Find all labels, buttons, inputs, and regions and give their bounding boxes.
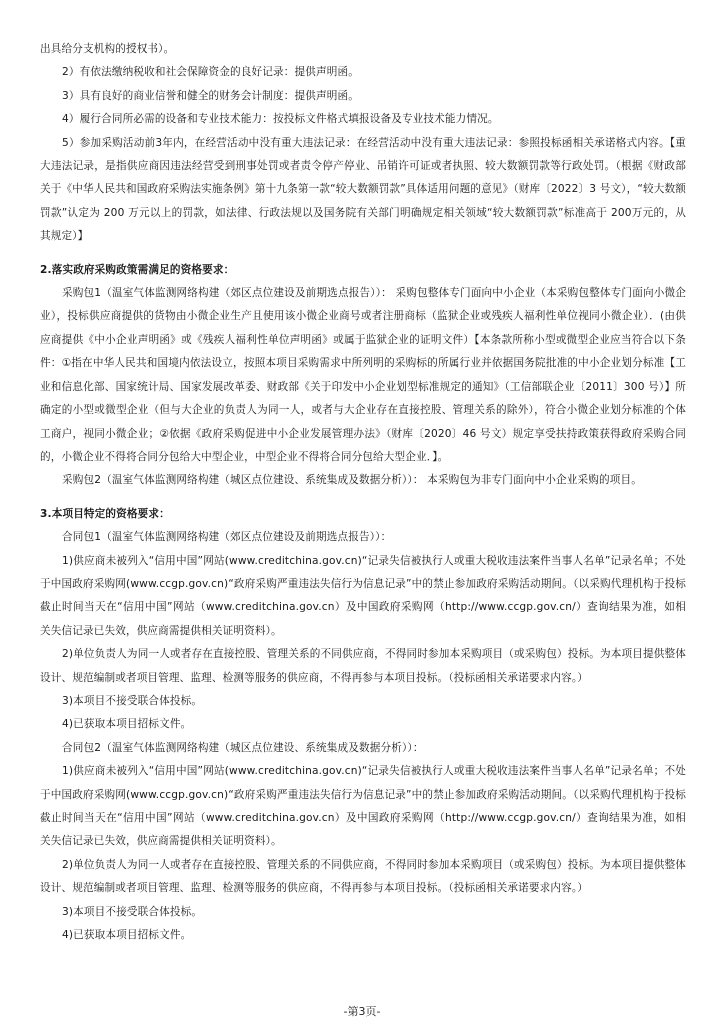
contract-2-item-4: 4)已获取本项目招标文件。 [40, 924, 686, 947]
section-3-title: 本项目特定的资格要求： [52, 508, 170, 520]
requirement-3-reputation: 3）具有良好的商业信誉和健全的财务会计制度：提供声明函。 [40, 85, 686, 108]
contract-1-item-1: 1)供应商未被列入“信用中国”网站(www.creditchina.gov.cn… [40, 550, 686, 644]
section-2-number: 2. [40, 264, 52, 276]
requirement-5-no-violation: 5）参加采购活动前3年内，在经营活动中没有重大违法记录：在经营活动中没有重大违法… [40, 132, 686, 249]
contract-2-item-3: 3)本项目不接受联合体投标。 [40, 901, 686, 924]
requirement-4-equipment: 4）履行合同所必需的设备和专业技术能力：按投标文件格式填报设备及专业技术能力情况… [40, 108, 686, 131]
contract-1-item-2: 2)单位负责人为同一人或者存在直接控股、管理关系的不同供应商，不得同时参加本采购… [40, 643, 686, 690]
section-3-heading: 3.本项目特定的资格要求： [40, 503, 686, 526]
contract-2-item-1: 1)供应商未被列入“信用中国”网站(www.creditchina.gov.cn… [40, 760, 686, 854]
procurement-package-2-policy: 采购包2（温室气体监测网络构建（城区点位建设、系统集成及数据分析））： 本采购包… [40, 469, 686, 492]
paragraph-authorization-tail: 出具给分支机构的授权书）。 [40, 38, 686, 61]
contract-2-item-2: 2)单位负责人为同一人或者存在直接控股、管理关系的不同供应商，不得同时参加本采购… [40, 854, 686, 901]
section-3-number: 3. [40, 508, 52, 520]
page-number: -第3页- [0, 1003, 724, 1019]
section-2-heading: 2.落实政府采购政策需满足的资格要求： [40, 259, 686, 282]
contract-1-item-4: 4)已获取本项目招标文件。 [40, 713, 686, 736]
section-2-title: 落实政府采购政策需满足的资格要求： [52, 264, 235, 276]
document-page: 出具给分支机构的授权书）。 2）有依法缴纳税收和社会保障资金的良好记录：提供声明… [40, 38, 686, 947]
contract-package-1-title: 合同包1（温室气体监测网络构建（郊区点位建设及前期选点报告））： [40, 526, 686, 549]
contract-1-item-3: 3)本项目不接受联合体投标。 [40, 690, 686, 713]
contract-package-2-title: 合同包2（温室气体监测网络构建（城区点位建设、系统集成及数据分析））： [40, 737, 686, 760]
procurement-package-1-policy: 采购包1（温室气体监测网络构建（郊区点位建设及前期选点报告））： 采购包整体专门… [40, 282, 686, 469]
requirement-2-tax-record: 2）有依法缴纳税收和社会保障资金的良好记录：提供声明函。 [40, 61, 686, 84]
